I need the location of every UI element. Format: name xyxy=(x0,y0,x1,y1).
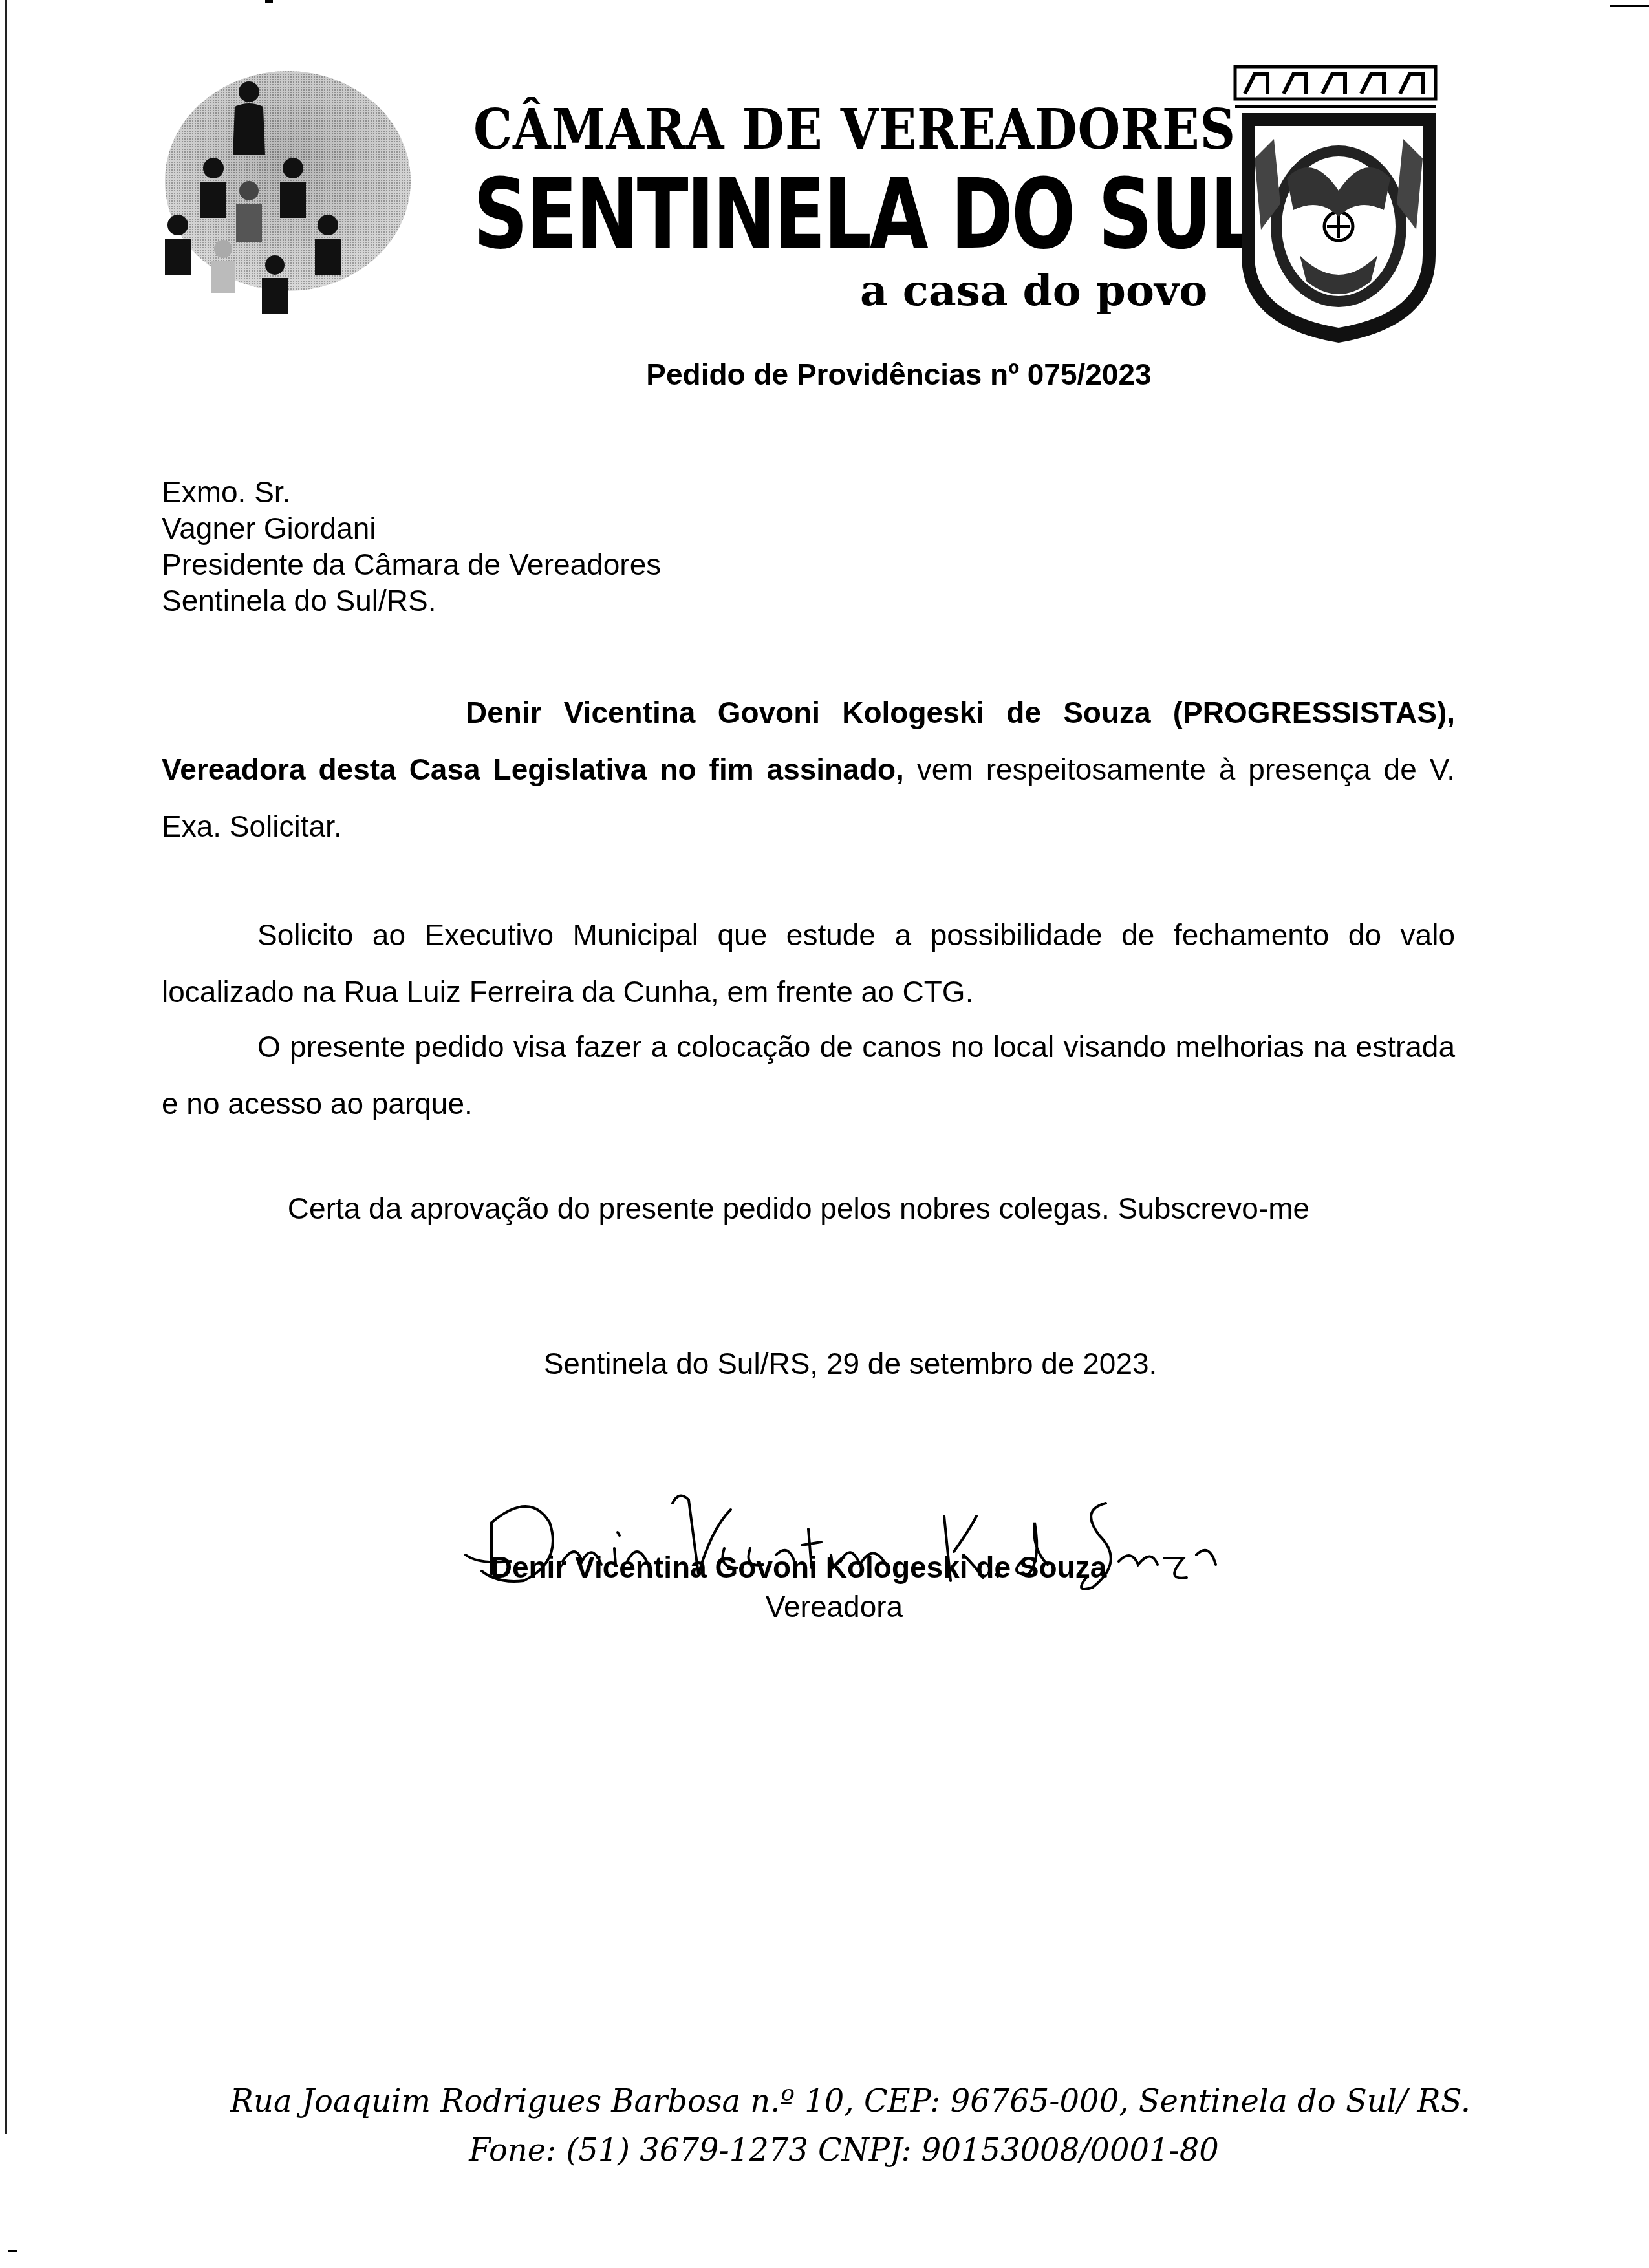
scan-mark xyxy=(265,0,273,3)
document-title: Pedido de Providências nº 075/2023 xyxy=(0,357,1649,392)
body-paragraph-1: Solicito ao Executivo Municipal que estu… xyxy=(162,906,1455,1020)
signer-role: Vereadora xyxy=(0,1589,1649,1624)
recipient-title: Presidente da Câmara de Vereadores xyxy=(162,546,661,583)
recipient-location: Sentinela do Sul/RS. xyxy=(162,583,661,619)
people-assembly-logo-icon xyxy=(158,71,449,330)
footer: Rua Joaquim Rodrigues Barbosa n.º 10, CE… xyxy=(0,2077,1649,2175)
scan-mark xyxy=(1610,5,1649,7)
body-paragraph-2: O presente pedido visa fazer a colocação… xyxy=(162,1018,1455,1132)
date-line: Sentinela do Sul/RS, 29 de setembro de 2… xyxy=(0,1346,1649,1381)
signer-name: Denir Vicentina Govoni Kologeski de Souz… xyxy=(0,1550,1649,1585)
recipient-block: Exmo. Sr. Vagner Giordani Presidente da … xyxy=(162,474,661,619)
letterhead-line1: CÂMARA DE VEREADORES xyxy=(473,97,1236,162)
scan-mark xyxy=(8,2250,17,2252)
municipal-coat-of-arms-icon xyxy=(1229,61,1449,346)
closing-paragraph: Certa da aprovação do presente pedido pe… xyxy=(0,1191,1649,1226)
letterhead-tagline: a casa do povo xyxy=(860,265,1207,316)
footer-contact: Fone: (51) 3679-1273 CNPJ: 90153008/0001… xyxy=(0,2126,1649,2175)
intro-paragraph: Denir Vicentina Govoni Kologeski de Souz… xyxy=(162,684,1455,855)
scan-edge-line xyxy=(5,0,7,2134)
recipient-salutation: Exmo. Sr. xyxy=(162,474,661,510)
recipient-name: Vagner Giordani xyxy=(162,510,661,546)
letterhead-line2: SENTINELA DO SUL xyxy=(473,158,1256,271)
footer-address: Rua Joaquim Rodrigues Barbosa n.º 10, CE… xyxy=(0,2077,1649,2126)
document-page: CÂMARA DE VEREADORES SENTINELA DO SUL a … xyxy=(0,0,1649,2268)
